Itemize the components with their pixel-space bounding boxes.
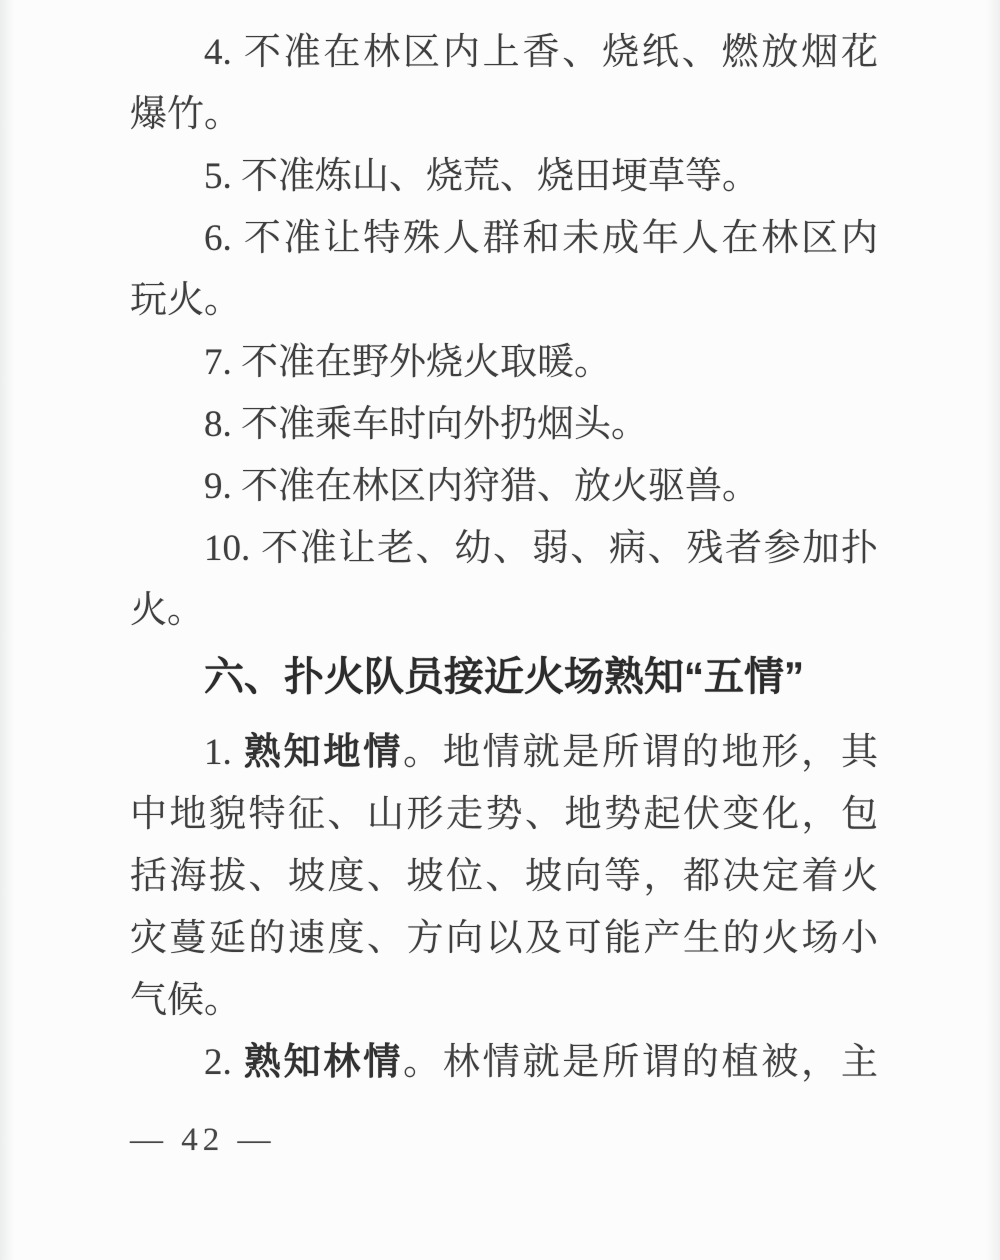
text-segment: 灾蔓延的速度、方向以及可能产生的火场小 — [130, 918, 878, 959]
text-line: 玩火。 — [130, 270, 878, 332]
text-segment: 1. — [204, 732, 244, 773]
page-number: — 42 — — [130, 1120, 878, 1160]
bold-term: 熟知地情 — [244, 732, 403, 773]
text-line: 10. 不准让老、幼、弱、病、残者参加扑 — [130, 518, 878, 580]
scanned-document-page: 4. 不准在林区内上香、烧纸、燃放烟花爆竹。5. 不准炼山、烧荒、烧田埂草等。6… — [0, 0, 1000, 1260]
text-segment: 4. 不准在林区内上香、烧纸、燃放烟花 — [204, 32, 878, 73]
text-line: 8. 不准乘车时向外扔烟头。 — [130, 394, 878, 456]
text-segment: 中地貌特征、山形走势、地势起伏变化，包 — [130, 794, 878, 835]
section-heading: 六、扑火队员接近火场熟知“五情” — [130, 646, 878, 708]
text-line: 9. 不准在林区内狩猎、放火驱兽。 — [130, 456, 878, 518]
text-segment: 。地情就是所谓的地形，其 — [403, 732, 878, 773]
text-segment: 9. 不准在林区内狩猎、放火驱兽。 — [204, 466, 759, 507]
text-line: 爆竹。 — [130, 84, 878, 146]
bold-term: 熟知林情 — [244, 1042, 403, 1083]
text-line: 1. 熟知地情。地情就是所谓的地形，其 — [130, 722, 878, 784]
text-line: 5. 不准炼山、烧荒、烧田埂草等。 — [130, 146, 878, 208]
text-segment: 火。 — [130, 590, 204, 631]
text-segment: 括海拔、坡度、坡位、坡向等，都决定着火 — [130, 856, 878, 897]
text-line: 7. 不准在野外烧火取暖。 — [130, 332, 878, 394]
text-line: 气候。 — [130, 970, 878, 1032]
text-segment: 5. 不准炼山、烧荒、烧田埂草等。 — [204, 156, 759, 197]
text-line: 4. 不准在林区内上香、烧纸、燃放烟花 — [130, 22, 878, 84]
text-line: 2. 熟知林情。林情就是所谓的植被，主 — [130, 1032, 878, 1094]
text-segment: 10. 不准让老、幼、弱、病、残者参加扑 — [204, 528, 878, 569]
text-line: 6. 不准让特殊人群和未成年人在林区内 — [130, 208, 878, 270]
text-segment: 8. 不准乘车时向外扔烟头。 — [204, 404, 648, 445]
text-line: 中地貌特征、山形走势、地势起伏变化，包 — [130, 784, 878, 846]
page-left-edge-shade — [0, 0, 14, 1260]
bold-term: 六、扑火队员接近火场熟知“五情” — [204, 655, 804, 699]
text-segment: 玩火。 — [130, 280, 241, 321]
text-segment: 7. 不准在野外烧火取暖。 — [204, 342, 611, 383]
page-right-edge-shade — [986, 0, 1000, 1260]
document-body: 4. 不准在林区内上香、烧纸、燃放烟花爆竹。5. 不准炼山、烧荒、烧田埂草等。6… — [130, 22, 878, 1160]
text-segment: 气候。 — [130, 980, 241, 1021]
text-segment: 爆竹。 — [130, 94, 241, 135]
text-segment: 2. — [204, 1042, 244, 1083]
text-line: 灾蔓延的速度、方向以及可能产生的火场小 — [130, 908, 878, 970]
text-line: 火。 — [130, 580, 878, 642]
text-line: 括海拔、坡度、坡位、坡向等，都决定着火 — [130, 846, 878, 908]
text-segment: 。林情就是所谓的植被，主 — [403, 1042, 878, 1083]
text-segment: 6. 不准让特殊人群和未成年人在林区内 — [204, 218, 878, 259]
